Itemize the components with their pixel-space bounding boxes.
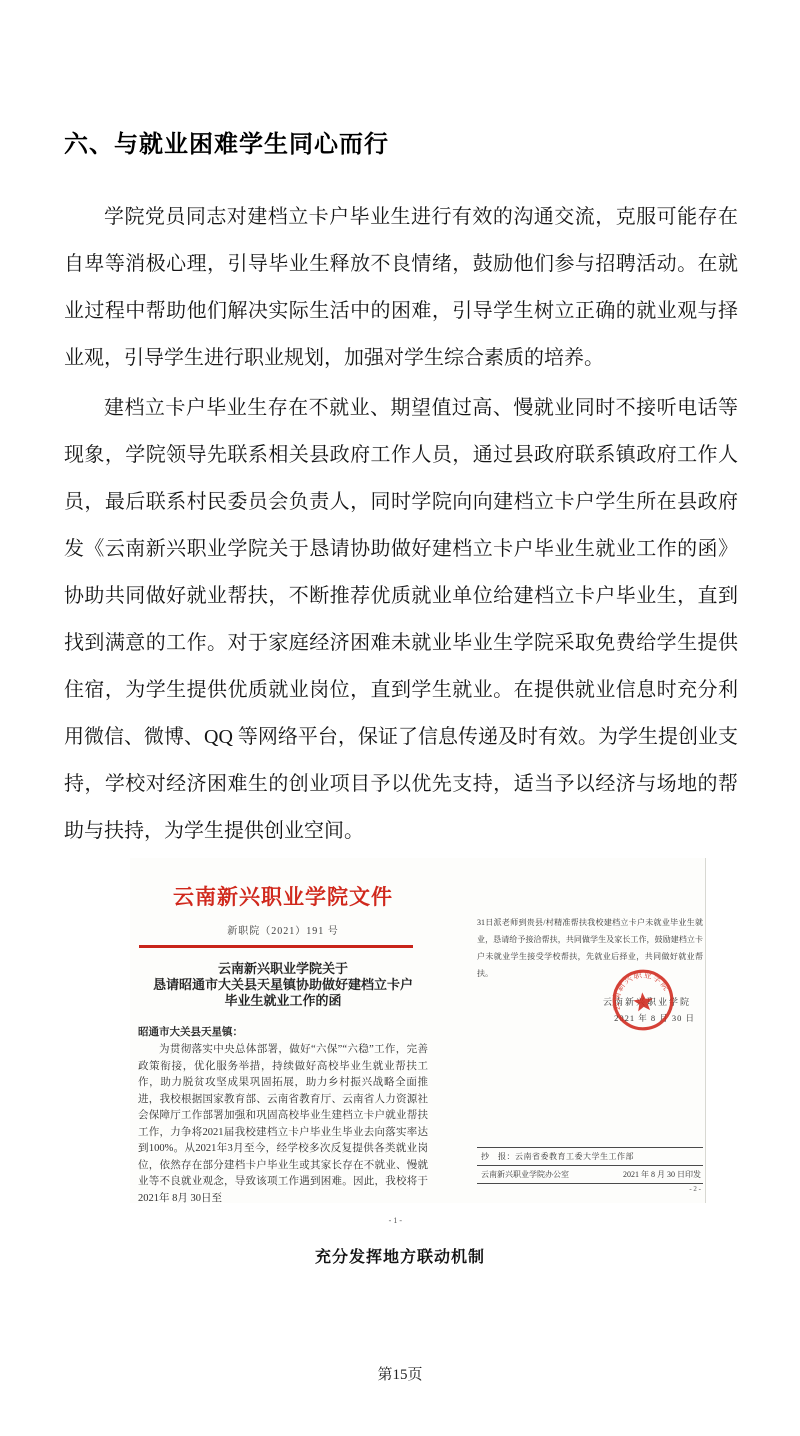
page-number: 第15页 bbox=[0, 1363, 800, 1384]
letter-footer-block: 抄 报：云南省委教育工委大学生工作部 云南新兴职业学院办公室 2021 年 8 … bbox=[477, 1147, 703, 1193]
paragraph: 学院党员同志对建档立卡户毕业生进行有效的沟通交流，克服可能存在自卑等消极心理，引… bbox=[64, 194, 738, 382]
body-text-block: 学院党员同志对建档立卡户毕业生进行有效的沟通交流，克服可能存在自卑等消极心理，引… bbox=[64, 194, 738, 855]
letter-page-1-number: - 1 - bbox=[138, 1216, 428, 1225]
letter-body: 为贯彻落实中央总体部署，做好“六保”“六稳”工作，完善政策衔接，优化服务举措，持… bbox=[138, 1042, 428, 1207]
letter-title-line: 云南新兴职业学院关于 bbox=[138, 961, 428, 977]
letter-title-line: 毕业生就业工作的函 bbox=[138, 993, 428, 1009]
issuer-row: 云南新兴职业学院办公室 2021 年 8 月 30 日印发 bbox=[477, 1165, 703, 1184]
cc-line: 抄 报：云南省委教育工委大学生工作部 bbox=[477, 1147, 703, 1165]
letter-salutation: 昭通市大关县天星镇： bbox=[138, 1024, 428, 1039]
issue-date: 2021 年 8 月 30 日印发 bbox=[623, 1169, 701, 1180]
letter-page-2-number: - 2 - bbox=[477, 1184, 703, 1193]
scanned-letter-image: 云南新兴职业学院文件 新职院（2021）191 号 云南新兴职业学院关于 恳请昭… bbox=[130, 858, 706, 1203]
letter-title-line: 恳请昭通市大关县天星镇协助做好建档立卡户 bbox=[138, 977, 428, 993]
signature-area: 云南新兴职业学院 2021 年 8 月 30 日 云南新兴职业学院 bbox=[477, 982, 703, 1102]
seal-star-icon bbox=[633, 991, 654, 1011]
paragraph: 建档立卡户毕业生存在不就业、期望值过高、慢就业同时不接听电话等现象，学院领导先联… bbox=[64, 385, 738, 855]
red-divider-line bbox=[139, 945, 413, 948]
letter-doc-number: 新职院（2021）191 号 bbox=[138, 922, 428, 937]
section-heading: 六、与就业困难学生同心而行 bbox=[64, 124, 389, 159]
letter-title: 云南新兴职业学院关于 恳请昭通市大关县天星镇协助做好建档立卡户 毕业生就业工作的… bbox=[138, 961, 428, 1009]
letter-page-2: 31日派老师到贵县/村精准帮扶我校建档立卡户未就业毕业生就业，恳请给予接洽帮扶，… bbox=[477, 914, 703, 1102]
letter-page-1: 云南新兴职业学院文件 新职院（2021）191 号 云南新兴职业学院关于 恳请昭… bbox=[138, 858, 428, 1225]
letter-masthead: 云南新兴职业学院文件 bbox=[138, 881, 428, 911]
issuer-office: 云南新兴职业学院办公室 bbox=[481, 1169, 569, 1180]
figure-caption: 充分发挥地方联动机制 bbox=[0, 1244, 800, 1267]
official-seal-icon: 云南新兴职业学院 bbox=[608, 965, 678, 1035]
